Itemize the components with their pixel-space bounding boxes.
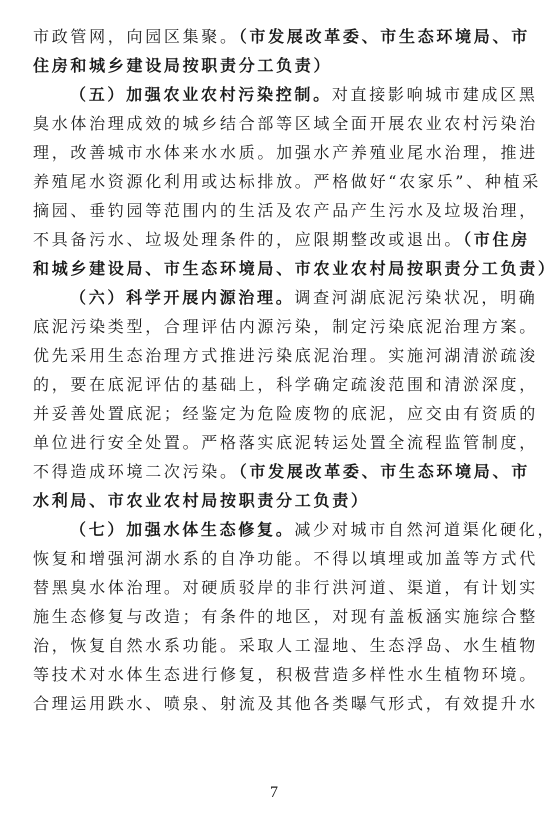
text-line: 合理运用跌水、喷泉、射流及其他各类曝气形式，有效提升水 [33,693,523,715]
body-text: 养殖尾水资源化利用或达标排放。严格做好“农家乐”、种植采 [33,172,541,191]
document-page: 市政管网，向园区集聚。（市发展改革委、市生态环境局、市 住房和城乡建设局按职责分… [0,0,547,822]
body-text: 优先采用生态治理方式推进污染底泥治理。实施河湖清淤疏浚 [33,346,538,365]
body-text: 臭水体治理成效的城乡结合部等区域全面开展农业农村污染治 [33,114,538,133]
page-number: 7 [267,784,281,802]
text-line: 臭水体治理成效的城乡结合部等区域全面开展农业农村污染治 [33,113,523,135]
text-line: 理，改善城市水体来水水质。加强水产养殖业尾水治理，推进 [33,142,523,164]
text-line: 市政管网，向园区集聚。（市发展改革委、市生态环境局、市 [33,26,523,48]
body-text: 不具备污水、垃圾处理条件的，应限期整改或退出。 [33,230,463,249]
text-line: 不得造成环境二次污染。（市发展改革委、市生态环境局、市 [33,461,523,483]
text-line: 底泥污染类型，合理评估内源污染，制定污染底泥治理方案。 [33,316,523,338]
section-heading: （六）科学开展内源治理。 [70,288,294,307]
text-line: 等技术对水体生态进行修复，积极营造多样性水生植物环境。 [33,664,523,686]
body-text: 调查河湖底泥污染状况，明确 [294,288,537,307]
text-line: 优先采用生态治理方式推进污染底泥治理。实施河湖清淤疏浚 [33,345,523,367]
body-text: 施生态修复与改造；有条件的地区，对现有盖板涵实施综合整 [33,607,538,626]
text-line: 并妥善处置底泥；经鉴定为危险废物的底泥，应交由有资质的 [33,403,523,425]
body-text: 底泥污染类型，合理评估内源污染，制定污染底泥治理方案。 [33,317,538,336]
text-line: 不具备污水、垃圾处理条件的，应限期整改或退出。（市住房 [33,229,523,251]
body-text: 治，恢复自然水系功能。采取人工湿地、生态浮岛、水生植物 [33,636,538,655]
section-heading-line: （六）科学开展内源治理。调查河湖底泥污染状况，明确 [70,287,547,309]
responsible-departments: 和城乡建设局、市生态环境局、市农业农村局按职责分工负责） [33,259,547,278]
text-line: 水利局、市农业农村局按职责分工负责） [33,490,523,512]
responsible-departments: （市发展改革委、市生态环境局、市 [239,462,530,481]
body-text: 替黑臭水体治理。对硬质驳岸的非行洪河道、渠道，有计划实 [33,578,538,597]
body-text: 减少对城市自然河道渠化硬化， [294,520,547,539]
section-heading-line: （五）加强农业农村污染控制。对直接影响城市建成区黑 [70,84,547,106]
text-line: 的，要在底泥评估的基础上，科学确定疏浚范围和清淤深度， [33,374,523,396]
responsible-departments: 住房和城乡建设局按职责分工负责） [33,56,332,75]
body-text: 单位进行安全处置。严格落实底泥转运处置全流程监管制度， [33,433,538,452]
text-line: 和城乡建设局、市生态环境局、市农业农村局按职责分工负责） [33,258,523,280]
body-text: 的，要在底泥评估的基础上，科学确定疏浚范围和清淤深度， [33,375,538,394]
body-text: 摘园、垂钓园等范围内的生活及农产品产生污水及垃圾治理， [33,201,538,220]
text-line: 养殖尾水资源化利用或达标排放。严格做好“农家乐”、种植采 [33,171,523,193]
body-text: 合理运用跌水、喷泉、射流及其他各类曝气形式，有效提升水 [33,694,538,713]
body-text: 对直接影响城市建成区黑 [332,85,538,104]
text-line: 施生态修复与改造；有条件的地区，对现有盖板涵实施综合整 [33,606,523,628]
text-line: 单位进行安全处置。严格落实底泥转运处置全流程监管制度， [33,432,523,454]
responsible-departments: （市住房 [463,230,530,249]
section-heading: （五）加强农业农村污染控制。 [70,85,332,104]
section-heading: （七）加强水体生态修复。 [70,520,294,539]
text-line: 替黑臭水体治理。对硬质驳岸的非行洪河道、渠道，有计划实 [33,577,523,599]
responsible-departments: 水利局、市农业农村局按职责分工负责） [33,491,370,510]
body-text: 并妥善处置底泥；经鉴定为危险废物的底泥，应交由有资质的 [33,404,538,423]
body-text: 等技术对水体生态进行修复，积极营造多样性水生植物环境。 [33,665,538,684]
responsible-departments: （市发展改革委、市生态环境局、市 [239,27,530,46]
body-text: 不得造成环境二次污染。 [33,462,239,481]
body-text: 恢复和增强河湖水系的自净功能。不得以填埋或加盖等方式代 [33,549,538,568]
body-text: 理，改善城市水体来水水质。加强水产养殖业尾水治理，推进 [33,143,538,162]
section-heading-line: （七）加强水体生态修复。减少对城市自然河道渠化硬化， [70,519,547,541]
text-line: 住房和城乡建设局按职责分工负责） [33,55,523,77]
body-text: 市政管网，向园区集聚。 [33,27,239,46]
text-line: 摘园、垂钓园等范围内的生活及农产品产生污水及垃圾治理， [33,200,523,222]
text-line: 恢复和增强河湖水系的自净功能。不得以填埋或加盖等方式代 [33,548,523,570]
text-line: 治，恢复自然水系功能。采取人工湿地、生态浮岛、水生植物 [33,635,523,657]
